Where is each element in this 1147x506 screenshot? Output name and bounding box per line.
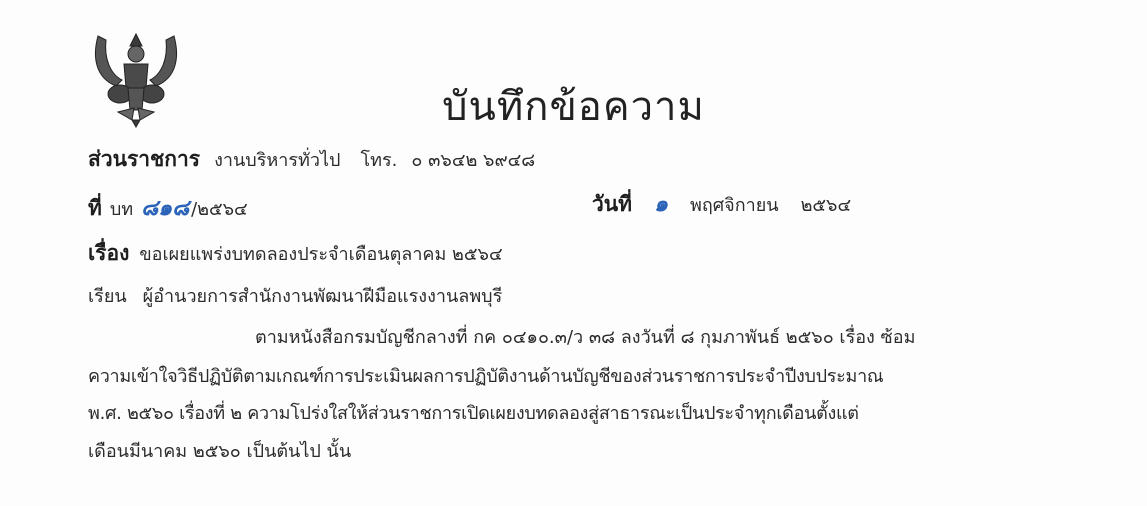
agency-value: งานบริหารทั่วไป	[214, 145, 340, 174]
addressee-label: เรียน	[88, 281, 127, 310]
reference-line: ที่ บท ๘๑๘ /๒๕๖๔	[88, 190, 248, 225]
memo-title: บันทึกข้อความ	[0, 74, 1147, 138]
subject-label: เรื่อง	[88, 237, 129, 270]
phone-label: โทร.	[360, 145, 397, 174]
date-year: ๒๕๖๔	[801, 190, 852, 219]
reference-prefix: บท	[110, 194, 133, 223]
reference-number-handwritten: ๘๑๘	[141, 190, 189, 225]
date-day-handwritten: ๑	[654, 186, 668, 221]
date-label: วันที่	[592, 188, 632, 221]
phone-number: ๐ ๓๖๔๒ ๖๙๔๘	[411, 145, 535, 174]
date-month: พฤศจิกายน	[690, 190, 779, 219]
addressee-line: เรียน ผู้อำนวยการสำนักงานพัฒนาฝีมือแรงงา…	[88, 281, 502, 310]
date-line: วันที่ ๑ พฤศจิกายน ๒๕๖๔	[592, 186, 851, 221]
body-line-2: ความเข้าใจวิธีปฏิบัติตามเกณฑ์การประเมินผ…	[88, 361, 883, 390]
agency-label: ส่วนราชการ	[88, 143, 200, 176]
agency-line: ส่วนราชการ งานบริหารทั่วไป โทร. ๐ ๓๖๔๒ ๖…	[88, 143, 535, 176]
body-line-4: เดือนมีนาคม ๒๕๖๐ เป็นต้นไป นั้น	[88, 436, 351, 465]
reference-year: /๒๕๖๔	[191, 194, 248, 223]
subject-line: เรื่อง ขอเผยแพร่งบทดลองประจำเดือนตุลาคม …	[88, 237, 503, 270]
subject-value: ขอเผยแพร่งบทดลองประจำเดือนตุลาคม ๒๕๖๔	[139, 239, 502, 268]
addressee-value: ผู้อำนวยการสำนักงานพัฒนาฝีมือแรงงานลพบุร…	[143, 281, 503, 310]
body-line-1: ตามหนังสือกรมบัญชีกลางที่ กค ๐๔๑๐.๓/ว ๓๘…	[255, 322, 915, 351]
reference-label: ที่	[88, 192, 102, 225]
body-line-3: พ.ศ. ๒๕๖๐ เรื่องที่ ๒ ความโปร่งใสให้ส่วน…	[88, 398, 859, 427]
